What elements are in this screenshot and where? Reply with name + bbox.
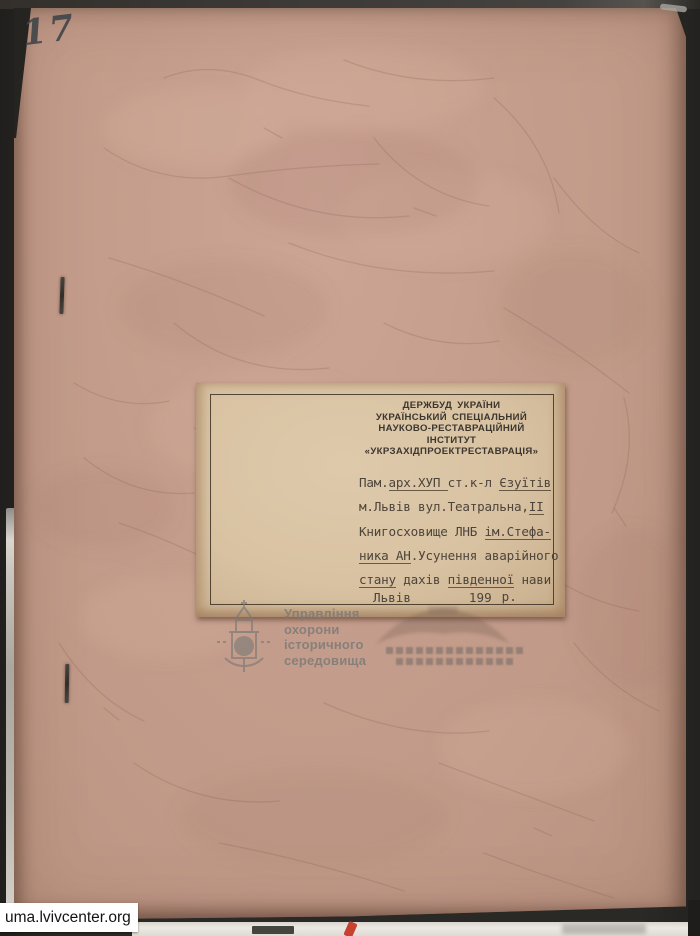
edge-dark-mark: [252, 926, 294, 934]
scan-corner-shadow-bottom-right: [688, 900, 700, 936]
source-badge: uma.lvivcenter.org: [0, 903, 138, 932]
watermark-line: охорони: [284, 622, 366, 638]
watermark-line: середовища: [284, 653, 366, 669]
year-label: 199: [469, 590, 492, 605]
scan-top-edge: [0, 0, 700, 9]
year-suffix-label: р.: [502, 589, 517, 605]
typewritten-title: Пам.арх.ХУП ст.к-л Єзуїтів м.Львів вул.Т…: [359, 471, 558, 592]
title-line: Книгосховище ЛНБ ім.Стефа-: [359, 520, 558, 544]
blank-rule: [411, 590, 469, 605]
title-line: м.Львів вул.Театральна,II: [359, 495, 558, 519]
watermark-line: Управління: [284, 606, 366, 622]
stamp-line: НАУКОВО-РЕСТАВРАЦІЙНИЙ: [346, 423, 557, 435]
scanned-archive-cover: 17 ДЕРЖБУД УКРАЇНИ УКРАЇНСЬКИЙ СПЕЦІАЛЬН…: [0, 0, 700, 936]
watermark-line: історичного: [284, 637, 366, 653]
handwritten-page-number: 17: [20, 7, 79, 54]
library-watermark-fuzzy-text: [396, 658, 514, 665]
underlying-pages-edge: [6, 508, 15, 908]
library-watermark-fuzzy-text: [386, 647, 526, 654]
stamp-line: «УКРЗАХІДПРОЕКТРЕСТАВРАЦІЯ»: [346, 446, 557, 458]
stamp-line: УКРАЇНСЬКИЙ СПЕЦІАЛЬНИЙ: [346, 412, 557, 424]
stamp-line: ДЕРЖБУД УКРАЇНИ: [346, 400, 557, 412]
stamp-line: ІНСТИТУТ: [346, 435, 557, 447]
blank-rule: [359, 590, 373, 605]
library-watermark-emblem: [368, 604, 518, 652]
edge-red-mark: [343, 921, 357, 936]
institution-stamp: ДЕРЖБУД УКРАЇНИ УКРАЇНСЬКИЙ СПЕЦІАЛЬНИЙ …: [346, 400, 557, 458]
heritage-office-watermark-text: Управління охорони історичного середовищ…: [284, 606, 366, 668]
heritage-office-tower-icon: [215, 598, 273, 678]
source-badge-text: uma.lvivcenter.org: [5, 909, 131, 927]
staple-bottom: [65, 664, 70, 703]
city-label: Львів: [373, 590, 411, 605]
edge-smudge: [562, 924, 646, 934]
archive-title-label: ДЕРЖБУД УКРАЇНИ УКРАЇНСЬКИЙ СПЕЦІАЛЬНИЙ …: [196, 383, 565, 617]
place-and-year-line: Львів199р.: [359, 588, 517, 605]
title-line: ника АН.Усунення аварійного: [359, 544, 558, 568]
next-page-edge-strip: [132, 922, 692, 936]
title-line: Пам.арх.ХУП ст.к-л Єзуїтів: [359, 471, 558, 495]
